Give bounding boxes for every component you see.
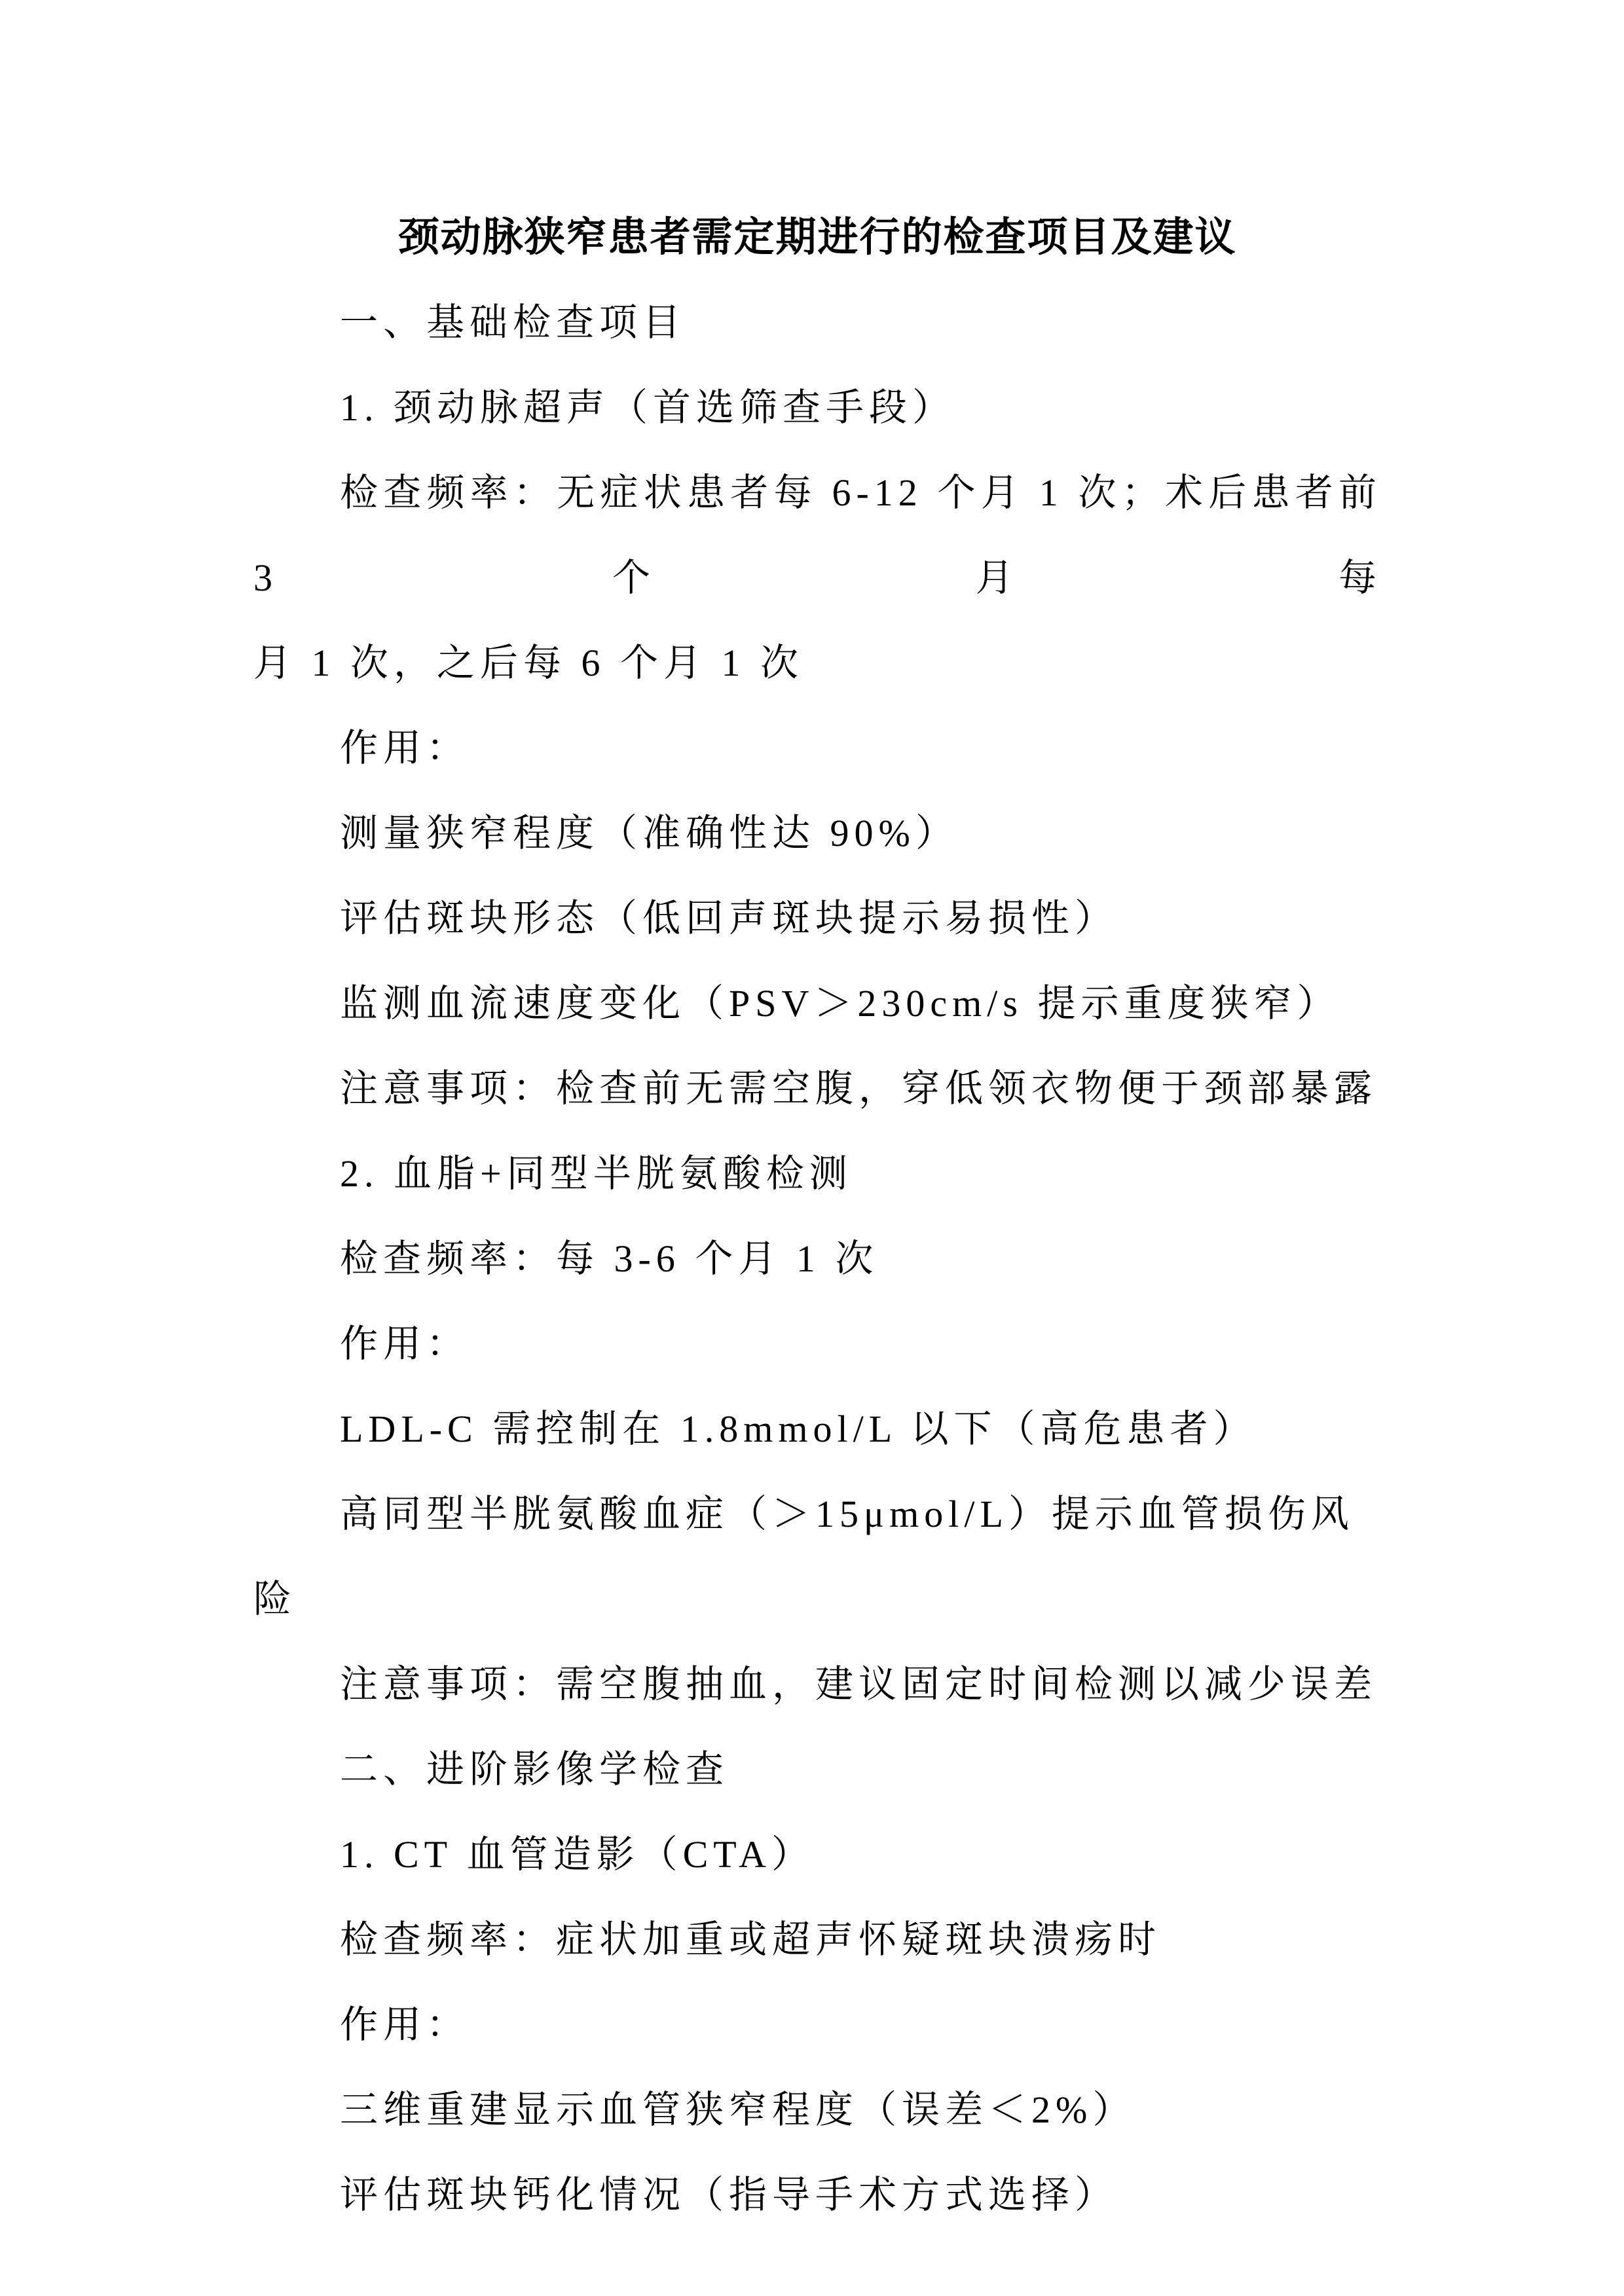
item-2-1-role-label: 作用： bbox=[253, 1982, 1382, 2068]
item-1-2-role-label: 作用： bbox=[253, 1302, 1382, 1387]
item-1-2-frequency: 检查频率：每 3-6 个月 1 次 bbox=[253, 1216, 1382, 1302]
item-2-1-heading: 1. CT 血管造影（CTA） bbox=[253, 1812, 1382, 1897]
document-page: 颈动脉狭窄患者需定期进行的检查项目及建议 一、基础检查项目 1. 颈动脉超声（首… bbox=[0, 0, 1624, 2296]
item-1-2-role-point-2: 高同型半胱氨酸血症（＞15μmol/L）提示血管损伤风险 bbox=[253, 1472, 1382, 1642]
item-1-2-heading: 2. 血脂+同型半胱氨酸检测 bbox=[253, 1131, 1382, 1216]
document-title: 颈动脉狭窄患者需定期进行的检查项目及建议 bbox=[253, 195, 1382, 280]
item-1-1-role-label: 作用： bbox=[253, 706, 1382, 791]
item-1-1-role-point-1: 测量狭窄程度（准确性达 90%） bbox=[253, 791, 1382, 876]
section-1-heading: 一、基础检查项目 bbox=[253, 280, 1382, 365]
item-2-1-role-point-2: 评估斑块钙化情况（指导手术方式选择） bbox=[253, 2153, 1382, 2238]
item-1-1-role-point-2: 评估斑块形态（低回声斑块提示易损性） bbox=[253, 876, 1382, 961]
item-1-2-role-point-1: LDL-C 需控制在 1.8mmol/L 以下（高危患者） bbox=[253, 1387, 1382, 1472]
item-2-1-frequency: 检查频率：症状加重或超声怀疑斑块溃疡时 bbox=[253, 1897, 1382, 1982]
item-1-1-role-point-3: 监测血流速度变化（PSV＞230cm/s 提示重度狭窄） bbox=[253, 961, 1382, 1046]
item-1-1-notes: 注意事项：检查前无需空腹，穿低领衣物便于颈部暴露 bbox=[253, 1046, 1382, 1131]
item-1-2-notes: 注意事项：需空腹抽血，建议固定时间检测以减少误差 bbox=[253, 1642, 1382, 1727]
item-1-1-heading: 1. 颈动脉超声（首选筛查手段） bbox=[253, 365, 1382, 450]
item-1-1-frequency-line-1: 检查频率：无症状患者每 6-12 个月 1 次；术后患者前 3 个月每 bbox=[253, 450, 1382, 621]
document-body: 颈动脉狭窄患者需定期进行的检查项目及建议 一、基础检查项目 1. 颈动脉超声（首… bbox=[253, 195, 1382, 2238]
item-2-1-role-point-1: 三维重建显示血管狭窄程度（误差＜2%） bbox=[253, 2068, 1382, 2153]
item-1-1-frequency-line-2: 月 1 次，之后每 6 个月 1 次 bbox=[253, 621, 1382, 706]
section-2-heading: 二、进阶影像学检查 bbox=[253, 1727, 1382, 1812]
